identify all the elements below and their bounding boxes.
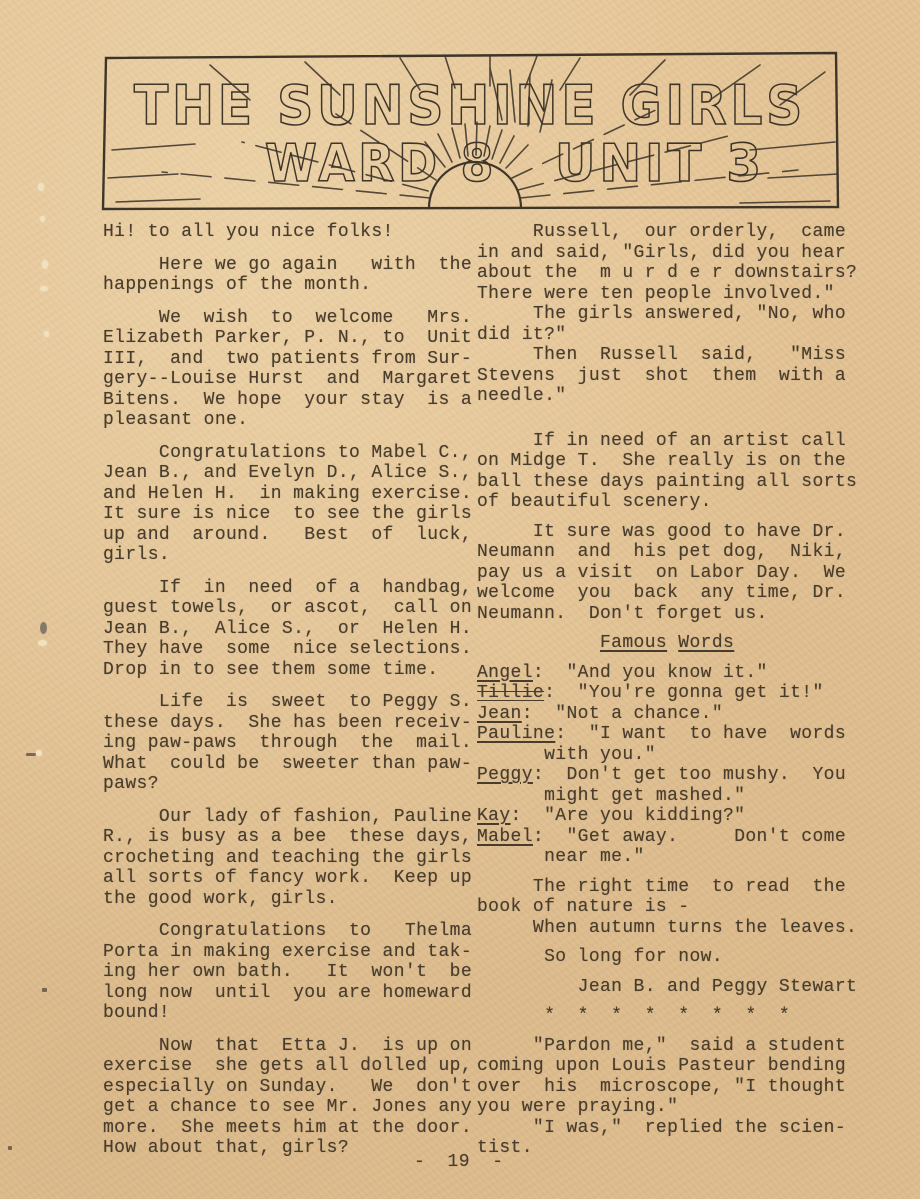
underlined-name: Words [678,633,734,653]
text-line: on Midge T. She really is on the [477,451,859,472]
text-segment: : "Not a chance." [522,704,723,724]
ink-speck [42,988,47,992]
text-line: guest towels, or ascot, call on [103,598,475,619]
text-line: There were ten people involved." [477,284,859,305]
text-line: ing paw-paws through the mail. [103,733,475,754]
text-line: * * * * * * * * [477,1006,859,1027]
text-line: of beautiful scenery. [477,492,859,513]
text-line: needle." [477,386,859,407]
banner-subtitle-ward: WARD 8 [265,134,497,194]
binding-hole [40,286,48,291]
ink-speck [8,1146,12,1150]
text-line: in and said, "Girls, did you hear [477,243,859,264]
text-line: If in need of a handbag, [103,578,475,599]
text-line: Pauline: "I want to have words [477,724,859,745]
paragraph: Jean B. and Peggy Stewart [477,977,859,998]
page-number: - 19 - [414,1152,503,1172]
sun-rays-banner: THE SUNSHINE GIRLS WARD 8 UNIT 3 [100,50,843,212]
text-line: Now that Etta J. is up on [103,1036,475,1057]
right-column: Russell, our orderly, camein and said, "… [477,222,859,1168]
paragraph: Here we go again with thehappenings of t… [103,255,475,296]
text-line: When autumn turns the leaves. [477,918,859,939]
text-line: Jean B., Alice S., or Helen H. [103,619,475,640]
text-line: It sure is nice to see the girls [103,504,475,525]
underlined-name: Jean [477,704,522,724]
text-line: book of nature is - [477,897,859,918]
binding-hole [42,260,48,269]
text-segment: : "Are you kidding?" [511,806,746,826]
paragraph: Our lady of fashion, PaulineR., is busy … [103,807,475,910]
text-line: Stevens just shot them with a [477,366,859,387]
text-line: Congratulations to Thelma [103,921,475,942]
text-line: these days. She has been receiv- [103,713,475,734]
text-line: and Helen H. in making exercise. [103,484,475,505]
text-line: R., is busy as a bee these days, [103,827,475,848]
text-line: coming upon Louis Pasteur bending [477,1056,859,1077]
text-line: gery--Louise Hurst and Margaret [103,369,475,390]
text-line: Angel: "And you know it." [477,663,859,684]
text-line: did it?" [477,325,859,346]
text-line: all sorts of fancy work. Keep up [103,868,475,889]
text-line: They have some nice selections. [103,639,475,660]
text-line: Here we go again with the [103,255,475,276]
text-line: So long for now. [477,947,859,968]
text-line: Famous Words [477,633,859,654]
binding-hole [36,750,42,756]
text-line: Jean B., and Evelyn D., Alice S., [103,463,475,484]
underlined-name: Pauline [477,724,555,744]
text-line: The right time to read the [477,877,859,898]
text-line: happenings of the month. [103,275,475,296]
text-line: exercise she gets all dolled up, [103,1056,475,1077]
paragraph: Now that Etta J. is up onexercise she ge… [103,1036,475,1159]
text-segment [477,633,600,653]
text-line: Life is sweet to Peggy S. [103,692,475,713]
text-line: "Pardon me," said a student [477,1036,859,1057]
underlined-name: Angel [477,663,533,683]
left-column: Hi! to all you nice folks! Here we go ag… [103,222,475,1171]
text-line: Bitens. We hope your stay is a [103,390,475,411]
text-line: Then Russell said, "Miss [477,345,859,366]
ink-speck [40,622,47,634]
paragraph: Hi! to all you nice folks! [103,222,475,243]
text-line: Jean: "Not a chance." [477,704,859,725]
binding-hole [38,183,44,191]
banner-title: THE SUNSHINE GIRLS [134,74,806,137]
text-line: Congratulations to Mabel C., [103,443,475,464]
paragraph: * * * * * * * * [477,1006,859,1027]
paragraph: If in need of a handbag,guest towels, or… [103,578,475,681]
text-line: pay us a visit on Labor Day. We [477,563,859,584]
ink-speck [26,753,36,756]
text-line: If in need of an artist call [477,431,859,452]
paragraph: Congratulations to Mabel C.,Jean B., and… [103,443,475,566]
text-line: more. She meets him at the door. [103,1118,475,1139]
text-line: the good work, girls. [103,889,475,910]
paragraph: Russell, our orderly, camein and said, "… [477,222,859,407]
text-line: Porta in making exercise and tak- [103,942,475,963]
paragraph: So long for now. [477,947,859,968]
text-line: up and around. Best of luck, [103,525,475,546]
paragraph: Famous Words [477,633,859,654]
text-line: We wish to welcome Mrs. [103,308,475,329]
text-line: bound! [103,1003,475,1024]
paragraph: It sure was good to have Dr.Neumann and … [477,522,859,625]
underlined-name: Peggy [477,765,533,785]
text-line: over his microscope, "I thought [477,1077,859,1098]
text-line: welcome you back any time, Dr. [477,583,859,604]
text-line: Neumann and his pet dog, Niki, [477,542,859,563]
paragraph: Life is sweet to Peggy S.these days. She… [103,692,475,795]
underlined-name: Kay [477,806,511,826]
text-line: especially on Sunday. We don't [103,1077,475,1098]
text-segment: : "I want to have words [555,724,846,744]
text-line: paws? [103,774,475,795]
text-line: get a chance to see Mr. Jones any [103,1097,475,1118]
text-segment: : "And you know it." [533,663,768,683]
text-line: might get mashed." [477,786,859,807]
text-line: Peggy: Don't get too mushy. You [477,765,859,786]
text-line: Kay: "Are you kidding?" [477,806,859,827]
underlined-name: Tillie [477,683,544,703]
text-line: Hi! to all you nice folks! [103,222,475,243]
binding-hole [44,331,49,337]
text-line: Tillie: "You're gonna get it!" [477,683,859,704]
banner-subtitle-unit: UNIT 3 [555,134,765,194]
text-line: Elizabeth Parker, P. N., to Unit [103,328,475,349]
text-line: Our lady of fashion, Pauline [103,807,475,828]
text-line: tist. [477,1138,859,1159]
text-line: Russell, our orderly, came [477,222,859,243]
text-line: "I was," replied the scien- [477,1118,859,1139]
text-line: girls. [103,545,475,566]
text-line: with you." [477,745,859,766]
text-line: long now until you are homeward [103,983,475,1004]
text-segment [667,633,678,653]
underlined-name: Mabel [477,827,533,847]
paragraph: "Pardon me," said a studentcoming upon L… [477,1036,859,1159]
text-line: The girls answered, "No, who [477,304,859,325]
text-line: crocheting and teaching the girls [103,848,475,869]
text-segment: : "Get away. Don't come [533,827,846,847]
text-line: Mabel: "Get away. Don't come [477,827,859,848]
text-line: Neumann. Don't forget us. [477,604,859,625]
text-line: you were praying." [477,1097,859,1118]
text-line: Jean B. and Peggy Stewart [477,977,859,998]
binding-hole [38,640,47,646]
paragraph: If in need of an artist callon Midge T. … [477,431,859,513]
paragraph: We wish to welcome Mrs.Elizabeth Parker,… [103,308,475,431]
text-line: What could be sweeter than paw- [103,754,475,775]
text-line: ing her own bath. It won't be [103,962,475,983]
text-line: near me." [477,847,859,868]
text-line: III, and two patients from Sur- [103,349,475,370]
text-segment: : Don't get too mushy. You [533,765,846,785]
paragraph: Congratulations to ThelmaPorta in making… [103,921,475,1024]
text-line: ball these days painting all sorts [477,472,859,493]
text-segment: : "You're gonna get it!" [544,683,824,703]
newsletter-page: THE SUNSHINE GIRLS WARD 8 UNIT 3 Hi! to … [0,0,920,1199]
paragraph: The right time to read thebook of nature… [477,877,859,939]
text-line: Drop in to see them some time. [103,660,475,681]
text-line: It sure was good to have Dr. [477,522,859,543]
text-line: about the m u r d e r downstairs? [477,263,859,284]
underlined-name: Famous [600,633,667,653]
text-line: pleasant one. [103,410,475,431]
paragraph: Angel: "And you know it."Tillie: "You're… [477,663,859,868]
binding-hole [40,216,45,222]
